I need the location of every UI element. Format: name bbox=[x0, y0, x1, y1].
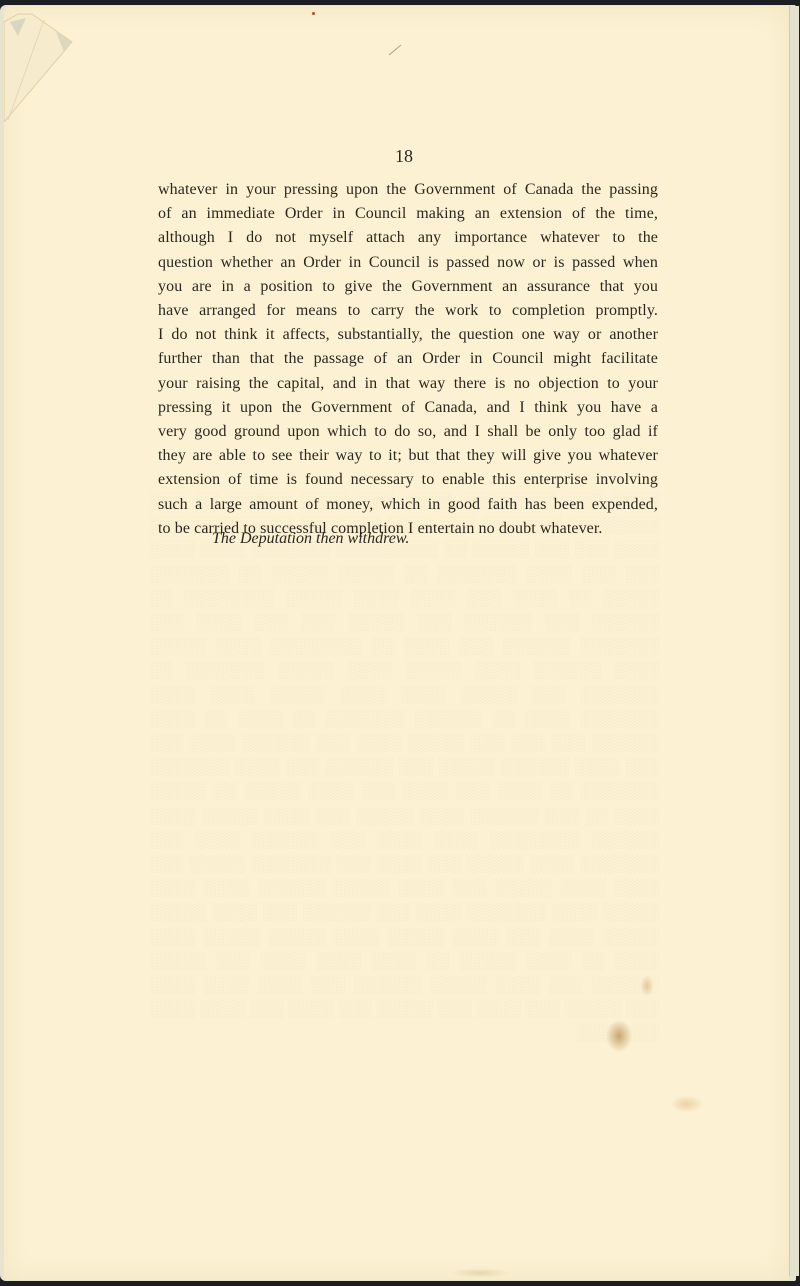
text-line: whatever in your pressing upon the Gover… bbox=[158, 178, 658, 202]
text-line: such a large amount of money, which in g… bbox=[158, 493, 658, 517]
foxing-stain bbox=[450, 1268, 510, 1278]
folded-corner-icon bbox=[4, 10, 76, 122]
body-paragraph: whatever in your pressing upon the Gover… bbox=[158, 178, 658, 541]
foxing-stain bbox=[670, 1095, 704, 1113]
text-line: they are able to see their way to it; bu… bbox=[158, 444, 658, 468]
text-line: very good ground upon which to do so, an… bbox=[158, 420, 658, 444]
text-line: have arranged for means to carry the wor… bbox=[158, 299, 658, 323]
page-number: 18 bbox=[395, 146, 413, 167]
text-line: your raising the capital, and in that wa… bbox=[158, 372, 658, 396]
foxing-stain bbox=[606, 1020, 632, 1052]
red-fleck bbox=[312, 12, 315, 15]
text-line: I do not think it affects, substantially… bbox=[158, 323, 658, 347]
text-line: pressing it upon the Government of Canad… bbox=[158, 396, 658, 420]
text-line: although I do not myself attach any impo… bbox=[158, 226, 658, 250]
pencil-mark-icon bbox=[388, 44, 402, 56]
text-line: you are in a position to give the Govern… bbox=[158, 275, 658, 299]
page-edge-strip bbox=[789, 6, 799, 1276]
text-line: of an immediate Order in Council making … bbox=[158, 202, 658, 226]
foxing-stain bbox=[640, 975, 654, 997]
text-line: further than that the passage of an Orde… bbox=[158, 347, 658, 371]
closing-line: The Deputation then withdrew. bbox=[212, 530, 409, 548]
text-line: question whether an Order in Council is … bbox=[158, 251, 658, 275]
text-line: extension of time is found necessary to … bbox=[158, 468, 658, 492]
